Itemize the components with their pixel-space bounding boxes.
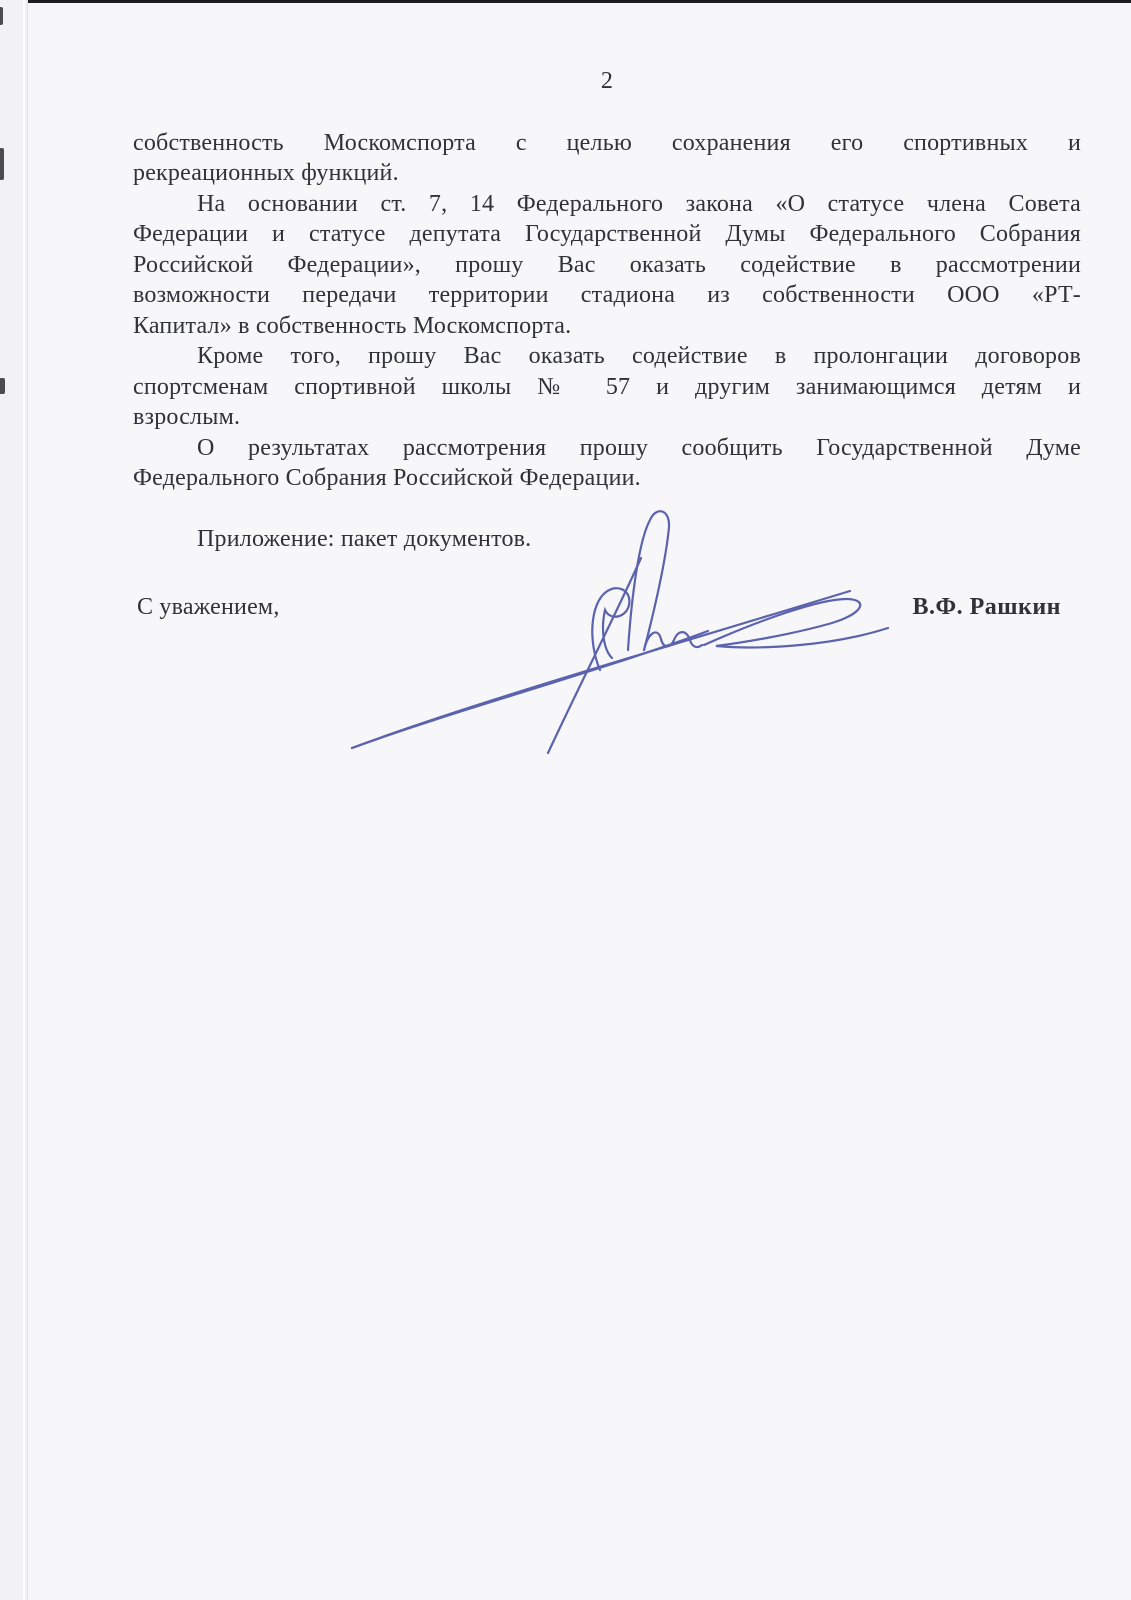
text-line: Капитал» в собственность Москомспорта. bbox=[133, 311, 1081, 342]
page-number: 2 bbox=[133, 0, 1081, 97]
scan-smudge-artifact bbox=[0, 378, 5, 394]
signer-name: В.Ф. Рашкин bbox=[912, 592, 1061, 623]
paragraph: О результатах рассмотрения прошу сообщит… bbox=[133, 433, 1081, 494]
letter-body: собственность Москомспорта с целью сохра… bbox=[133, 128, 1081, 494]
closing-row: С уважением, В.Ф. Рашкин bbox=[133, 592, 1081, 623]
text-line: взрослым. bbox=[133, 402, 1081, 433]
text-line: возможности передачи территории стадиона… bbox=[133, 280, 1081, 311]
text-line: спортсменам спортивной школы № 57 и друг… bbox=[133, 372, 1081, 403]
scan-smudge-artifact bbox=[0, 7, 3, 25]
scan-smudge-artifact bbox=[0, 148, 4, 180]
letter-content: 2 собственность Москомспорта с целью сох… bbox=[133, 0, 1081, 623]
paragraph: Кроме того, прошу Вас оказать содействие… bbox=[133, 341, 1081, 433]
scan-left-edge-artifact bbox=[0, 0, 28, 1600]
text-line: собственность Москомспорта с целью сохра… bbox=[133, 128, 1081, 159]
paragraph: собственность Москомспорта с целью сохра… bbox=[133, 128, 1081, 189]
text-line: О результатах рассмотрения прошу сообщит… bbox=[133, 433, 1081, 464]
text-line: Российской Федерации», прошу Вас оказать… bbox=[133, 250, 1081, 281]
text-line: На основании ст. 7, 14 Федерального зако… bbox=[133, 189, 1081, 220]
scanned-letter-page: 2 собственность Москомспорта с целью сох… bbox=[0, 0, 1131, 1600]
closing-line: С уважением, bbox=[133, 592, 280, 623]
text-line: Федерации и статусе депутата Государстве… bbox=[133, 219, 1081, 250]
text-line: Федерального Собрания Российской Федерац… bbox=[133, 463, 1081, 494]
text-line: Кроме того, прошу Вас оказать содействие… bbox=[133, 341, 1081, 372]
attachment-line: Приложение: пакет документов. bbox=[133, 524, 1081, 555]
paragraph: На основании ст. 7, 14 Федерального зако… bbox=[133, 189, 1081, 342]
text-line: рекреационных функций. bbox=[133, 158, 1081, 189]
